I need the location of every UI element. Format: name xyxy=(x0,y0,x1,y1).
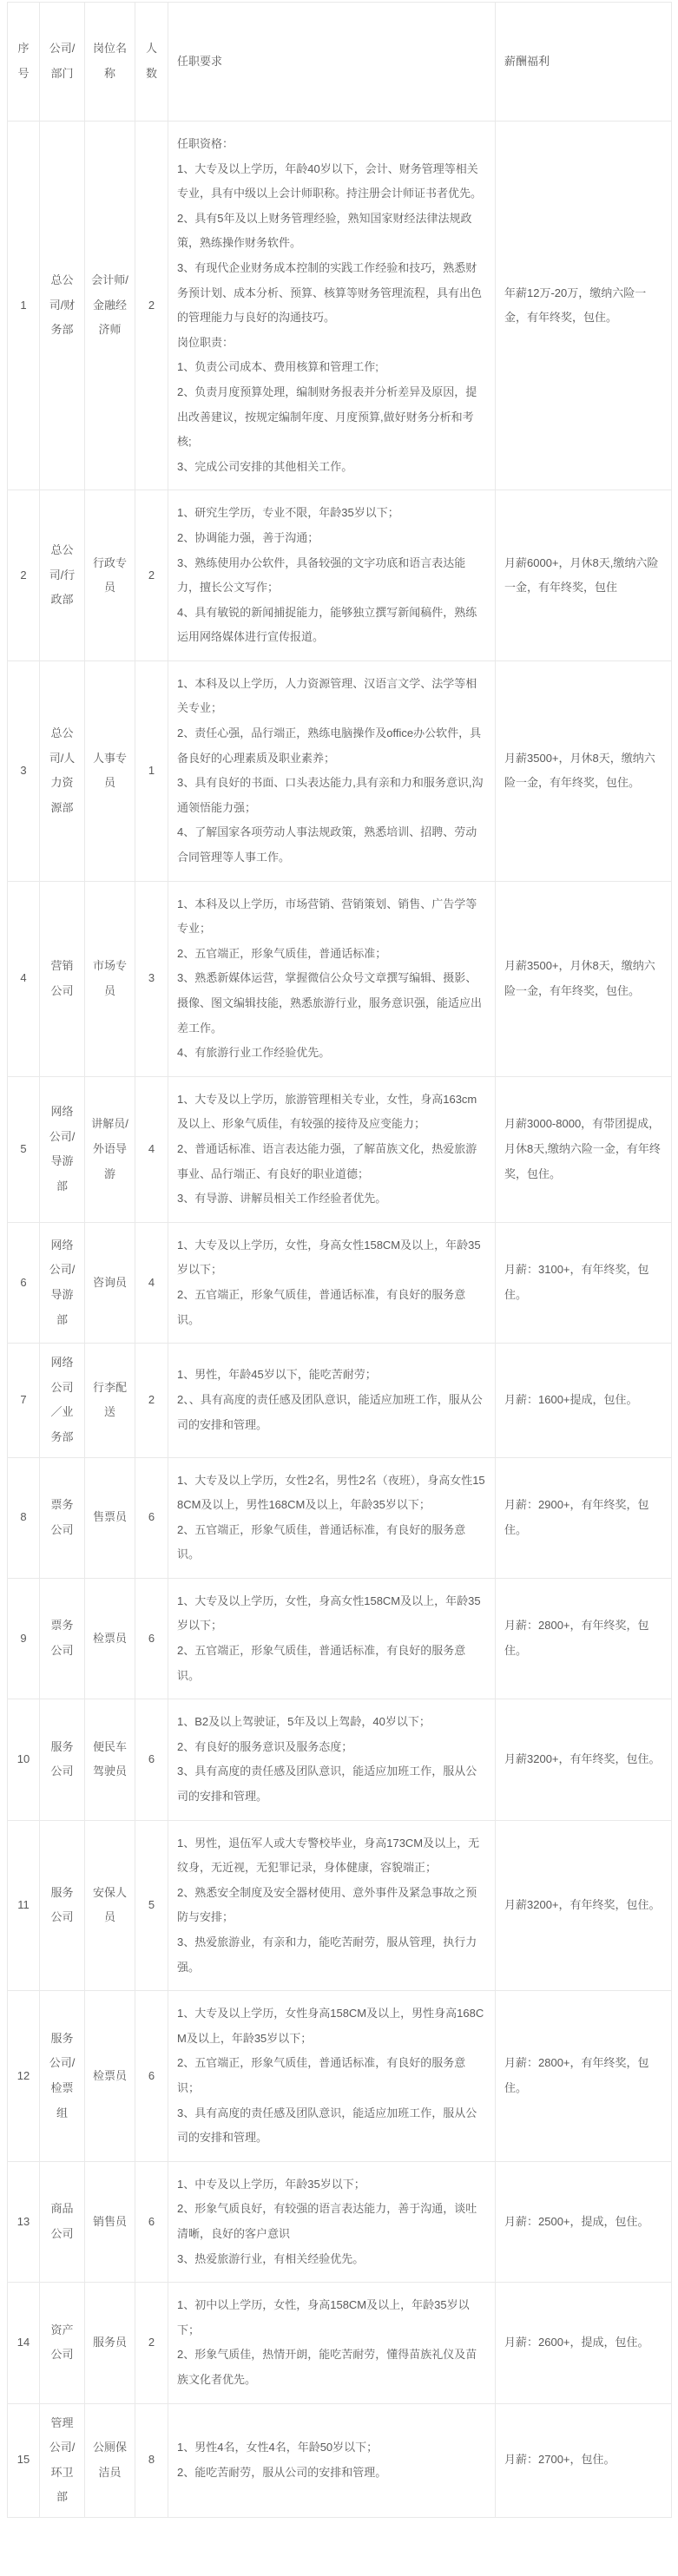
row-number-cell: 12 xyxy=(8,1991,40,2162)
position-cell: 便民车驾驶员 xyxy=(85,1699,135,1820)
requirements-cell: 1、大专及以上学历，旅游管理相关专业，女性，身高163cm及以上、形象气质佳，有… xyxy=(168,1076,496,1222)
row-number-cell: 13 xyxy=(8,2161,40,2282)
row-number-cell: 14 xyxy=(8,2283,40,2403)
requirements-cell: 1、大专及以上学历，女性身高158CM及以上，男性身高168CM及以上，年龄35… xyxy=(168,1991,496,2162)
salary-cell: 月薪3200+，有年终奖，包住。 xyxy=(496,1699,672,1820)
requirements-cell: 1、本科及以上学历，市场营销、营销策划、销售、广告学等专业；2、五官端正，形象气… xyxy=(168,881,496,1076)
headcount-cell: 6 xyxy=(135,1991,168,2162)
headcount-cell: 2 xyxy=(135,490,168,661)
requirement-line: 4、有旅游行业工作经验优先。 xyxy=(177,1041,486,1066)
requirement-line: 1、中专及以上学历，年龄35岁以下； xyxy=(177,2172,486,2198)
requirement-line: 4、具有敏锐的新闻捕捉能力，能够独立撰写新闻稿件，熟练运用网络媒体进行宣传报道。 xyxy=(177,601,486,650)
requirement-line: 岗位职责： xyxy=(177,331,486,356)
requirement-line: 1、大专及以上学历，年龄40岁以下，会计、财务管理等相关专业，具有中级以上会计师… xyxy=(177,157,486,207)
requirement-line: 3、热爱旅游业，有亲和力，能吃苦耐劳，服从管理，执行力强。 xyxy=(177,1930,486,1980)
position-cell: 售票员 xyxy=(85,1457,135,1578)
headcount-cell: 5 xyxy=(135,1820,168,1991)
column-header-count: 人数 xyxy=(135,3,168,122)
requirement-line: 4、了解国家各项劳动人事法规政策，熟悉培训、招聘、劳动合同管理等人事工作。 xyxy=(177,820,486,870)
requirement-line: 1、研究生学历，专业不限，年龄35岁以下； xyxy=(177,501,486,526)
salary-cell: 月薪：1600+提成，包住。 xyxy=(496,1344,672,1457)
job-table: 序号 公司/部门 岗位名称 人数 任职要求 薪酬福利 1总公司/财务部会计师/金… xyxy=(7,2,672,2518)
position-cell: 讲解员/外语导游 xyxy=(85,1076,135,1222)
requirements-cell: 任职资格：1、大专及以上学历，年龄40岁以下，会计、财务管理等相关专业，具有中级… xyxy=(168,122,496,490)
requirement-line: 3、熟悉新媒体运营，掌握微信公众号文章撰写编辑、摄影、摄像、图文编辑技能，熟悉旅… xyxy=(177,966,486,1041)
position-cell: 行政专员 xyxy=(85,490,135,661)
requirement-line: 2、具有5年及以上财务管理经验，熟知国家财经法律法规政策，熟练操作财务软件。 xyxy=(177,207,486,256)
requirement-line: 1、本科及以上学历，人力资源管理、汉语言文学、法学等相关专业； xyxy=(177,672,486,721)
headcount-cell: 6 xyxy=(135,1699,168,1820)
salary-cell: 月薪3000-8000，有带团提成，月休8天,缴纳六险一金，有年终奖，包住。 xyxy=(496,1076,672,1222)
headcount-cell: 2 xyxy=(135,1344,168,1457)
table-row: 2总公司/行政部行政专员21、研究生学历，专业不限，年龄35岁以下；2、协调能力… xyxy=(8,490,672,661)
headcount-cell: 4 xyxy=(135,1222,168,1343)
position-cell: 咨询员 xyxy=(85,1222,135,1343)
company-cell: 网络公司/导游部 xyxy=(40,1222,85,1343)
company-cell: 服务公司/检票组 xyxy=(40,1991,85,2162)
row-number-cell: 2 xyxy=(8,490,40,661)
row-number-cell: 6 xyxy=(8,1222,40,1343)
requirements-cell: 1、大专及以上学历，女性，身高女性158CM及以上，年龄35岁以下；2、五官端正… xyxy=(168,1578,496,1699)
requirement-line: 2、五官端正，形象气质佳，普通话标准，有良好的服务意识。 xyxy=(177,1283,486,1332)
requirement-line: 3、熟练使用办公软件，具备较强的文字功底和语言表达能力，擅长公文写作； xyxy=(177,551,486,601)
salary-cell: 月薪：2900+，有年终奖，包住。 xyxy=(496,1457,672,1578)
row-number-cell: 10 xyxy=(8,1699,40,1820)
salary-cell: 月薪：2500+，提成，包住。 xyxy=(496,2161,672,2282)
requirement-line: 2、协调能力强，善于沟通； xyxy=(177,526,486,551)
row-number-cell: 8 xyxy=(8,1457,40,1578)
position-cell: 销售员 xyxy=(85,2161,135,2282)
headcount-cell: 2 xyxy=(135,122,168,490)
requirement-line: 2、形象气质良好，有较强的语言表达能力，善于沟通，谈吐清晰，良好的客户意识 xyxy=(177,2197,486,2246)
requirement-line: 3、有现代企业财务成本控制的实践工作经验和技巧，熟悉财务预计划、成本分析、预算、… xyxy=(177,256,486,331)
table-header-row: 序号 公司/部门 岗位名称 人数 任职要求 薪酬福利 xyxy=(8,3,672,122)
company-cell: 营销公司 xyxy=(40,881,85,1076)
headcount-cell: 2 xyxy=(135,2283,168,2403)
requirement-line: 3、具有高度的责任感及团队意识，能适应加班工作，服从公司的安排和管理。 xyxy=(177,2101,486,2151)
position-cell: 检票员 xyxy=(85,1991,135,2162)
company-cell: 资产公司 xyxy=(40,2283,85,2403)
company-cell: 管理公司/环卫部 xyxy=(40,2403,85,2517)
requirement-line: 2、、具有高度的责任感及团队意识，能适应加班工作，服从公司的安排和管理。 xyxy=(177,1388,486,1437)
requirements-cell: 1、B2及以上驾驶证，5年及以上驾龄，40岁以下；2、有良好的服务意识及服务态度… xyxy=(168,1699,496,1820)
position-cell: 检票员 xyxy=(85,1578,135,1699)
requirement-line: 3、完成公司安排的其他相关工作。 xyxy=(177,455,486,480)
requirement-line: 1、大专及以上学历，女性，身高女性158CM及以上，年龄35岁以下； xyxy=(177,1589,486,1639)
requirement-line: 1、男性，退伍军人或大专警校毕业，身高173CM及以上，无纹身，无近视，无犯罪记… xyxy=(177,1831,486,1881)
row-number-cell: 4 xyxy=(8,881,40,1076)
headcount-cell: 6 xyxy=(135,2161,168,2282)
requirements-cell: 1、大专及以上学历，女性，身高女性158CM及以上，年龄35岁以下；2、五官端正… xyxy=(168,1222,496,1343)
column-header-salary: 薪酬福利 xyxy=(496,3,672,122)
table-row: 15管理公司/环卫部公厕保洁员81、男性4名，女性4名，年龄50岁以下；2、能吃… xyxy=(8,2403,672,2517)
headcount-cell: 8 xyxy=(135,2403,168,2517)
requirement-line: 2、负责月度预算处理，编制财务报表并分析差异及原因，提出改善建议，按规定编制年度… xyxy=(177,380,486,455)
position-cell: 会计师/金融经济师 xyxy=(85,122,135,490)
salary-cell: 月薪3500+，月休8天，缴纳六险一金，有年终奖，包住。 xyxy=(496,660,672,881)
requirements-cell: 1、中专及以上学历，年龄35岁以下；2、形象气质良好，有较强的语言表达能力，善于… xyxy=(168,2161,496,2282)
requirement-line: 2、五官端正，形象气质佳，普通话标准，有良好的服务意识； xyxy=(177,2051,486,2100)
column-header-no: 序号 xyxy=(8,3,40,122)
column-header-position: 岗位名称 xyxy=(85,3,135,122)
requirement-line: 1、男性4名，女性4名，年龄50岁以下； xyxy=(177,2435,486,2461)
requirement-line: 1、本科及以上学历，市场营销、营销策划、销售、广告学等专业； xyxy=(177,892,486,942)
position-cell: 行李配送 xyxy=(85,1344,135,1457)
table-row: 12服务公司/检票组检票员61、大专及以上学历，女性身高158CM及以上，男性身… xyxy=(8,1991,672,2162)
row-number-cell: 15 xyxy=(8,2403,40,2517)
requirements-cell: 1、男性，年龄45岁以下，能吃苦耐劳；2、、具有高度的责任感及团队意识，能适应加… xyxy=(168,1344,496,1457)
requirement-line: 2、有良好的服务意识及服务态度； xyxy=(177,1735,486,1760)
requirement-line: 1、B2及以上驾驶证，5年及以上驾龄，40岁以下； xyxy=(177,1710,486,1735)
column-header-company: 公司/部门 xyxy=(40,3,85,122)
headcount-cell: 1 xyxy=(135,660,168,881)
company-cell: 总公司/行政部 xyxy=(40,490,85,661)
salary-cell: 月薪6000+，月休8天,缴纳六险一金，有年终奖，包住 xyxy=(496,490,672,661)
table-row: 6网络公司/导游部咨询员41、大专及以上学历，女性，身高女性158CM及以上，年… xyxy=(8,1222,672,1343)
requirement-line: 3、具有良好的书面、口头表达能力,具有亲和力和服务意识,沟通领悟能力强； xyxy=(177,771,486,820)
table-row: 13商品公司销售员61、中专及以上学历，年龄35岁以下；2、形象气质良好，有较强… xyxy=(8,2161,672,2282)
requirement-line: 2、熟悉安全制度及安全器材使用、意外事件及紧急事故之预防与安排； xyxy=(177,1881,486,1930)
requirement-line: 2、责任心强，品行端正，熟练电脑操作及office办公软件，具备良好的心理素质及… xyxy=(177,721,486,771)
row-number-cell: 9 xyxy=(8,1578,40,1699)
requirement-line: 1、负责公司成本、费用核算和管理工作; xyxy=(177,355,486,380)
company-cell: 总公司/人力资源部 xyxy=(40,660,85,881)
company-cell: 商品公司 xyxy=(40,2161,85,2282)
table-row: 4营销公司市场专员31、本科及以上学历，市场营销、营销策划、销售、广告学等专业；… xyxy=(8,881,672,1076)
position-cell: 公厕保洁员 xyxy=(85,2403,135,2517)
table-body: 1总公司/财务部会计师/金融经济师2任职资格：1、大专及以上学历，年龄40岁以下… xyxy=(8,122,672,2518)
requirements-cell: 1、研究生学历，专业不限，年龄35岁以下；2、协调能力强，善于沟通；3、熟练使用… xyxy=(168,490,496,661)
requirement-line: 2、五官端正，形象气质佳，普通话标准，有良好的服务意识。 xyxy=(177,1639,486,1688)
row-number-cell: 1 xyxy=(8,122,40,490)
requirement-line: 2、能吃苦耐劳，服从公司的安排和管理。 xyxy=(177,2461,486,2486)
row-number-cell: 3 xyxy=(8,660,40,881)
company-cell: 网络公司/导游部 xyxy=(40,1076,85,1222)
company-cell: 服务公司 xyxy=(40,1699,85,1820)
company-cell: 票务公司 xyxy=(40,1578,85,1699)
recruitment-page: 序号 公司/部门 岗位名称 人数 任职要求 薪酬福利 1总公司/财务部会计师/金… xyxy=(0,2,678,2518)
salary-cell: 月薪：2600+，提成，包住。 xyxy=(496,2283,672,2403)
requirement-line: 2、形象气质佳，热情开朗，能吃苦耐劳，懂得苗族礼仪及苗族文化者优先。 xyxy=(177,2343,486,2392)
requirements-cell: 1、初中以上学历，女性，身高158CM及以上，年龄35岁以下；2、形象气质佳，热… xyxy=(168,2283,496,2403)
headcount-cell: 6 xyxy=(135,1578,168,1699)
company-cell: 网络公司／业务部 xyxy=(40,1344,85,1457)
table-row: 14资产公司服务员21、初中以上学历，女性，身高158CM及以上，年龄35岁以下… xyxy=(8,2283,672,2403)
salary-cell: 月薪3200+，有年终奖，包住。 xyxy=(496,1820,672,1991)
salary-cell: 月薪：2700+，包住。 xyxy=(496,2403,672,2517)
table-row: 3总公司/人力资源部人事专员11、本科及以上学历，人力资源管理、汉语言文学、法学… xyxy=(8,660,672,881)
column-header-requirements: 任职要求 xyxy=(168,3,496,122)
company-cell: 总公司/财务部 xyxy=(40,122,85,490)
requirements-cell: 1、男性4名，女性4名，年龄50岁以下；2、能吃苦耐劳，服从公司的安排和管理。 xyxy=(168,2403,496,2517)
row-number-cell: 11 xyxy=(8,1820,40,1991)
salary-cell: 月薪：2800+，有年终奖，包住。 xyxy=(496,1578,672,1699)
row-number-cell: 5 xyxy=(8,1076,40,1222)
table-row: 9票务公司检票员61、大专及以上学历，女性，身高女性158CM及以上，年龄35岁… xyxy=(8,1578,672,1699)
requirements-cell: 1、大专及以上学历，女性2名，男性2名（夜班），身高女性158CM及以上，男性1… xyxy=(168,1457,496,1578)
requirement-line: 3、热爱旅游行业，有相关经验优先。 xyxy=(177,2247,486,2272)
requirement-line: 2、五官端正，形象气质佳，普通话标准，有良好的服务意识。 xyxy=(177,1518,486,1567)
position-cell: 安保人员 xyxy=(85,1820,135,1991)
headcount-cell: 3 xyxy=(135,881,168,1076)
company-cell: 票务公司 xyxy=(40,1457,85,1578)
salary-cell: 月薪：2800+，有年终奖，包住。 xyxy=(496,1991,672,2162)
requirement-line: 1、大专及以上学历，女性身高158CM及以上，男性身高168CM及以上，年龄35… xyxy=(177,2001,486,2051)
table-row: 10服务公司便民车驾驶员61、B2及以上驾驶证，5年及以上驾龄，40岁以下；2、… xyxy=(8,1699,672,1820)
requirement-line: 1、初中以上学历，女性，身高158CM及以上，年龄35岁以下； xyxy=(177,2293,486,2343)
salary-cell: 年薪12万-20万，缴纳六险一金，有年终奖，包住。 xyxy=(496,122,672,490)
table-row: 1总公司/财务部会计师/金融经济师2任职资格：1、大专及以上学历，年龄40岁以下… xyxy=(8,122,672,490)
position-cell: 服务员 xyxy=(85,2283,135,2403)
table-row: 11服务公司安保人员51、男性，退伍军人或大专警校毕业，身高173CM及以上，无… xyxy=(8,1820,672,1991)
requirements-cell: 1、男性，退伍军人或大专警校毕业，身高173CM及以上，无纹身，无近视，无犯罪记… xyxy=(168,1820,496,1991)
requirement-line: 3、具有高度的责任感及团队意识，能适应加班工作，服从公司的安排和管理。 xyxy=(177,1759,486,1809)
requirement-line: 1、男性，年龄45岁以下，能吃苦耐劳； xyxy=(177,1363,486,1388)
requirements-cell: 1、本科及以上学历，人力资源管理、汉语言文学、法学等相关专业；2、责任心强，品行… xyxy=(168,660,496,881)
requirement-line: 任职资格： xyxy=(177,132,486,157)
requirement-line: 2、五官端正，形象气质佳，普通话标准； xyxy=(177,942,486,967)
row-number-cell: 7 xyxy=(8,1344,40,1457)
requirement-line: 3、有导游、讲解员相关工作经验者优先。 xyxy=(177,1186,486,1212)
requirement-line: 1、大专及以上学历，女性，身高女性158CM及以上，年龄35岁以下； xyxy=(177,1233,486,1283)
requirement-line: 1、大专及以上学历，旅游管理相关专业，女性，身高163cm及以上、形象气质佳，有… xyxy=(177,1088,486,1137)
headcount-cell: 6 xyxy=(135,1457,168,1578)
table-row: 8票务公司售票员61、大专及以上学历，女性2名，男性2名（夜班），身高女性158… xyxy=(8,1457,672,1578)
company-cell: 服务公司 xyxy=(40,1820,85,1991)
requirement-line: 2、普通话标准、语言表达能力强，了解苗族文化，热爱旅游事业、品行端正、有良好的职… xyxy=(177,1137,486,1186)
headcount-cell: 4 xyxy=(135,1076,168,1222)
position-cell: 市场专员 xyxy=(85,881,135,1076)
requirement-line: 1、大专及以上学历，女性2名，男性2名（夜班），身高女性158CM及以上，男性1… xyxy=(177,1469,486,1518)
table-row: 7网络公司／业务部行李配送21、男性，年龄45岁以下，能吃苦耐劳；2、、具有高度… xyxy=(8,1344,672,1457)
salary-cell: 月薪：3100+，有年终奖，包住。 xyxy=(496,1222,672,1343)
table-row: 5网络公司/导游部讲解员/外语导游41、大专及以上学历，旅游管理相关专业，女性，… xyxy=(8,1076,672,1222)
position-cell: 人事专员 xyxy=(85,660,135,881)
salary-cell: 月薪3500+，月休8天，缴纳六险一金，有年终奖，包住。 xyxy=(496,881,672,1076)
